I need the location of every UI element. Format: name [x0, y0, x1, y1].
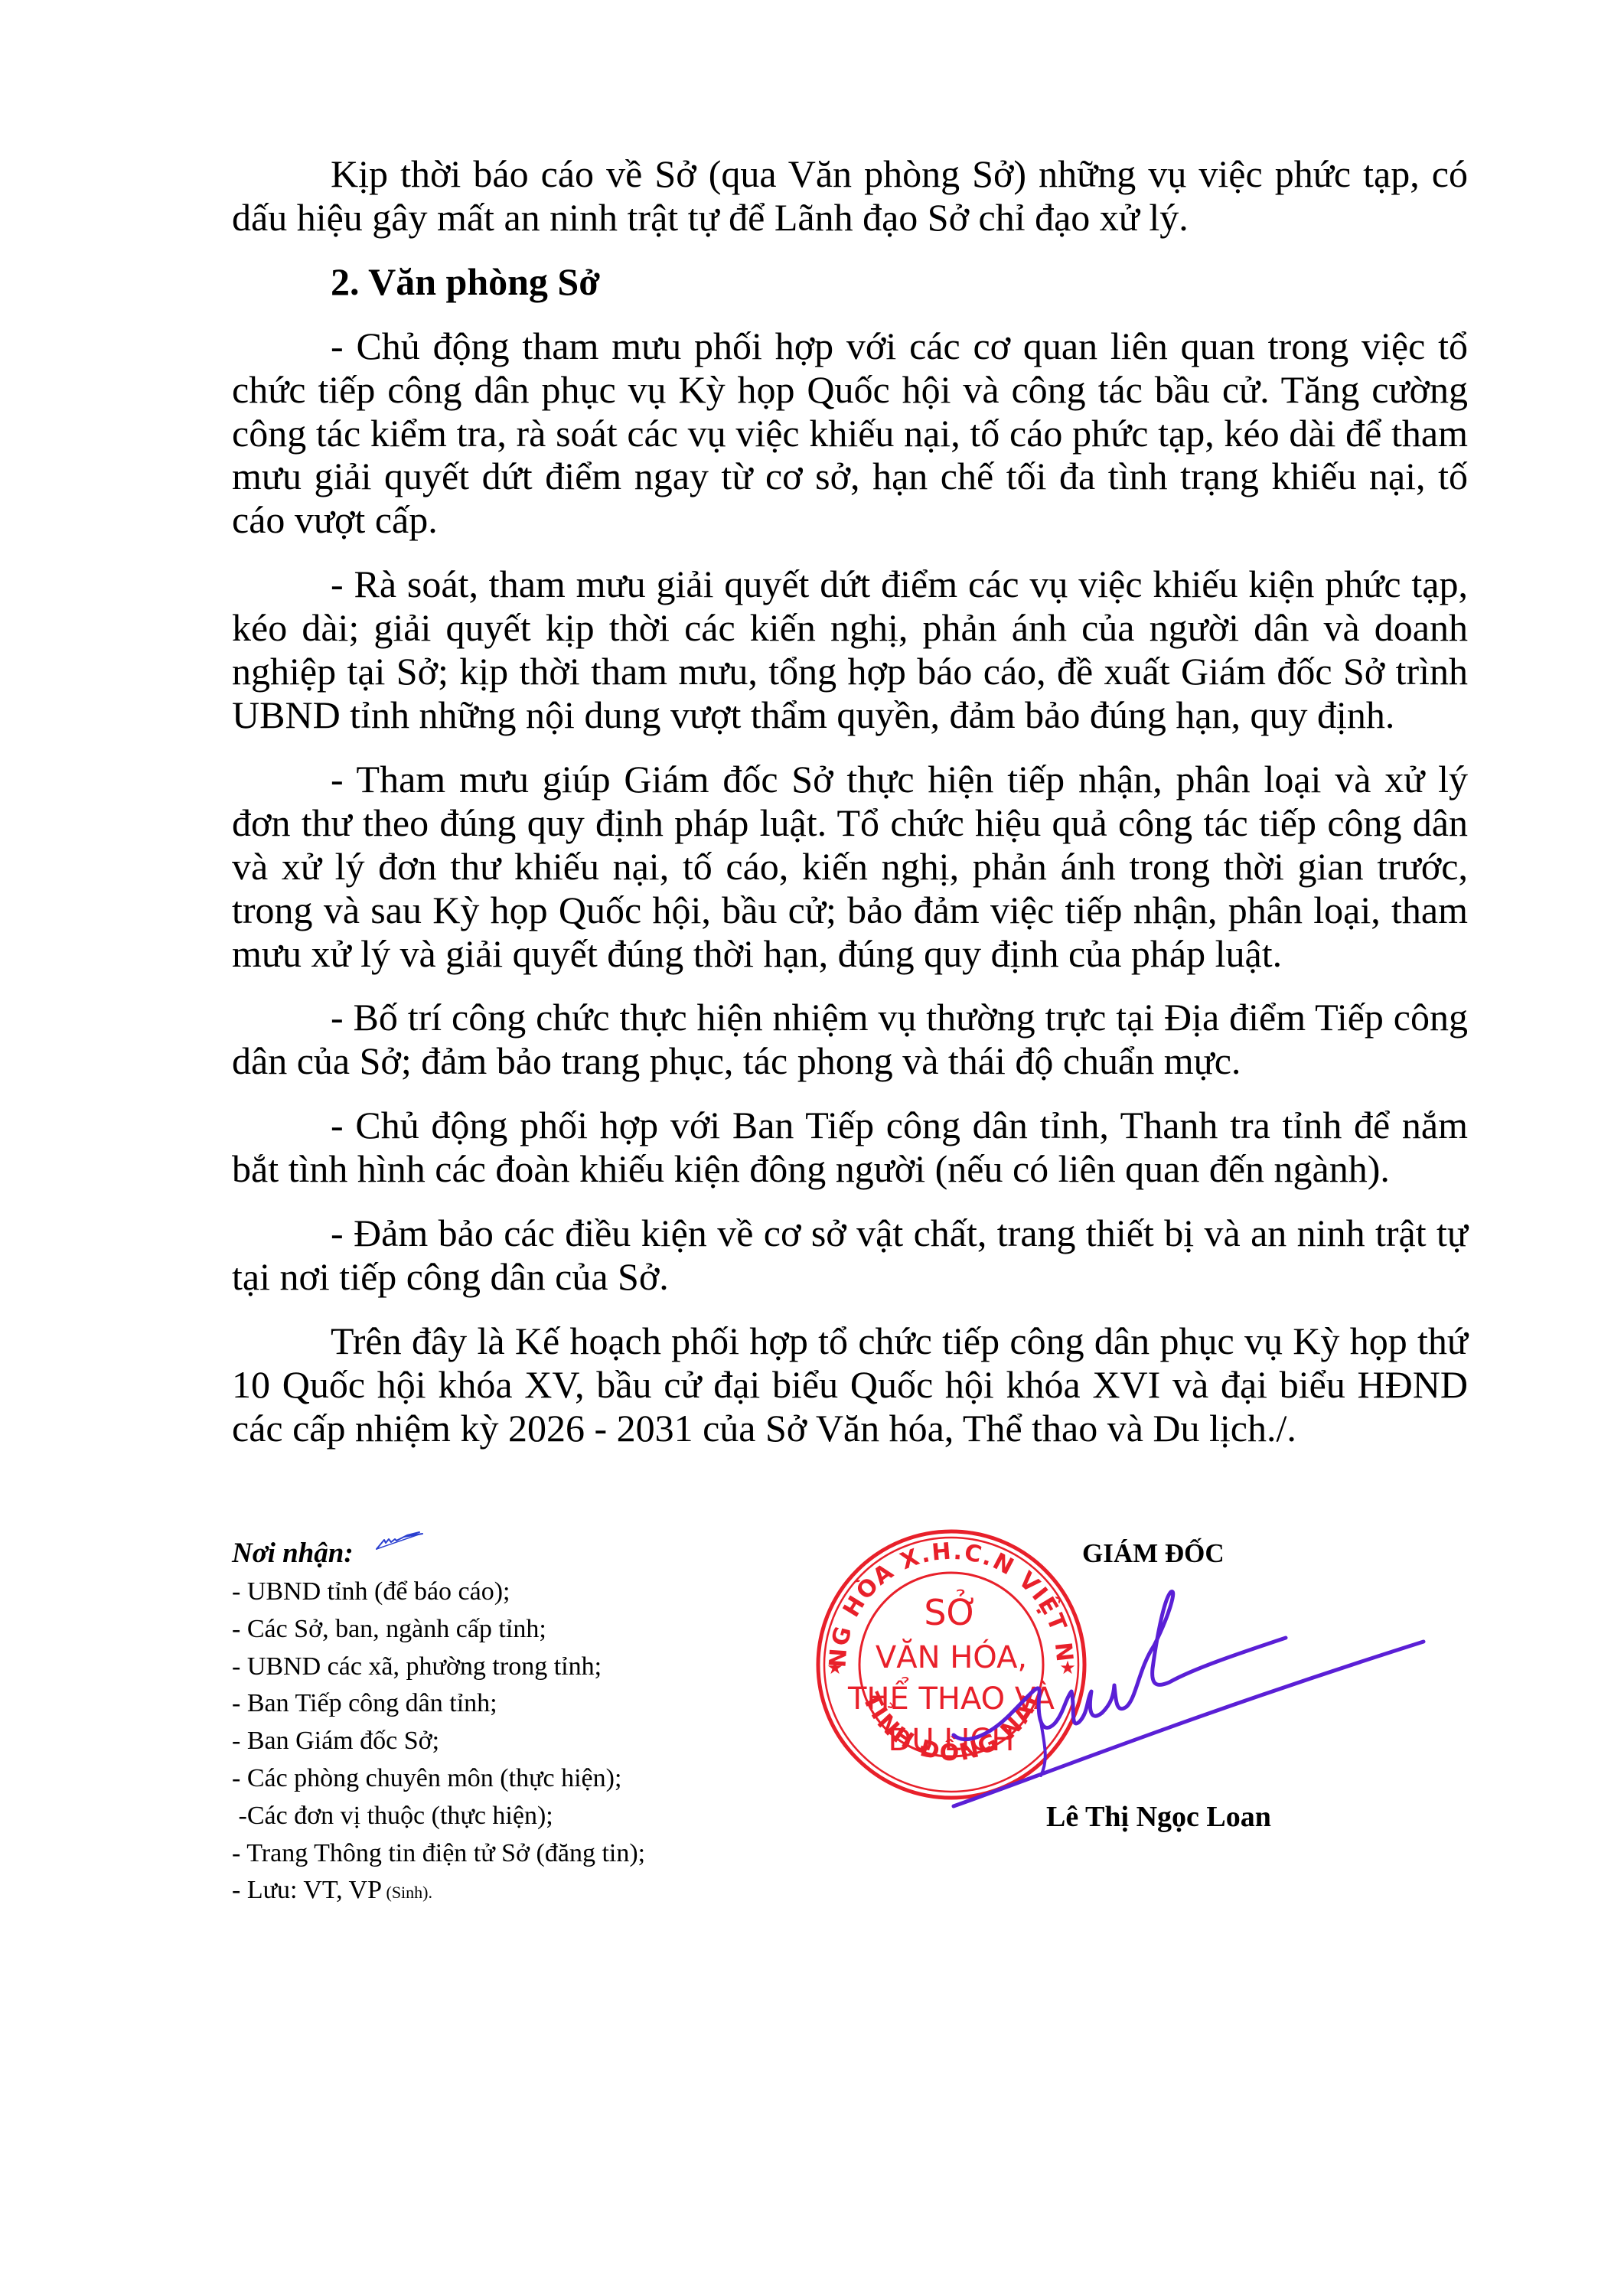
recipient-item: - UBND các xã, phường trong tỉnh;: [232, 1649, 814, 1686]
paragraph: - Đảm bảo các điều kiện về cơ sở vật chấ…: [232, 1212, 1468, 1299]
text-line: nghiệp tại Sở; kịp thời tham mưu, tổng h…: [232, 650, 1468, 693]
recipient-item: - Trang Thông tin điện tử Sở (đăng tin);: [232, 1835, 814, 1873]
stamp-center-line: VĂN HÓA,: [876, 1638, 1027, 1675]
section-heading: 2. Văn phòng Sở: [232, 260, 1468, 304]
paragraph: - Tham mưu giúp Giám đốc Sở thực hiện ti…: [232, 758, 1468, 976]
paragraph: Trên đây là Kế hoạch phối hợp tổ chức ti…: [232, 1319, 1468, 1450]
text-line: - Chủ động tham mưu phối hợp với các cơ …: [232, 325, 1468, 368]
text-line: các cấp nhiệm kỳ 2026 - 2031 của Sở Văn …: [232, 1407, 1468, 1450]
text-line: dấu hiệu gây mất an ninh trật tự để Lãnh…: [232, 196, 1468, 240]
text-line: mưu xử lý và giải quyết đúng thời hạn, đ…: [232, 932, 1468, 976]
paragraph: - Chủ động tham mưu phối hợp với các cơ …: [232, 325, 1468, 543]
recipient-item: - Các Sở, ban, ngành cấp tỉnh;: [232, 1611, 814, 1649]
text-line: cáo vượt cấp.: [232, 498, 1468, 542]
paragraph: - Rà soát, tham mưu giải quyết dứt điểm …: [232, 563, 1468, 737]
text-line: và xử lý đơn thư khiếu nại, tố cáo, kiến…: [232, 845, 1468, 889]
text-line: - Bố trí công chức thực hiện nhiệm vụ th…: [232, 996, 1468, 1039]
text-line: chức tiếp công dân phục vụ Kỳ họp Quốc h…: [232, 368, 1468, 412]
signer-title: GIÁM ĐỐC: [1082, 1538, 1225, 1569]
recipients-block: Nơi nhận: - UBND tỉnh (để báo cáo); - Cá…: [232, 1538, 814, 1912]
text-line: - Tham mưu giúp Giám đốc Sở thực hiện ti…: [232, 758, 1468, 801]
stamp-center-line: THỂ THAO VÀ: [847, 1676, 1055, 1717]
archive-handler: (Sinh).: [382, 1883, 432, 1902]
recipient-item: -Các đơn vị thuộc (thực hiện);: [232, 1798, 814, 1835]
paragraph: - Chủ động phối hợp với Ban Tiếp công dâ…: [232, 1104, 1468, 1191]
text-line: UBND tỉnh những nội dung vượt thẩm quyền…: [232, 693, 1468, 737]
signature-block: CỘNG HÒA X.H.C.N VIỆT NAM TỈNH ĐỒNG NAI …: [811, 1515, 1500, 1852]
text-line: 10 Quốc hội khóa XV, bầu cử đại biểu Quố…: [232, 1363, 1468, 1407]
text-line: tại nơi tiếp công dân của Sở.: [232, 1255, 1468, 1299]
text-line: kéo dài; giải quyết kịp thời các kiến ng…: [232, 606, 1468, 650]
recipient-item: - Ban Giám đốc Sở;: [232, 1723, 814, 1760]
text-line: bắt tình hình các đoàn khiếu kiện đông n…: [232, 1147, 1468, 1191]
signer-name: Lê Thị Ngọc Loan: [1046, 1800, 1271, 1834]
recipient-item: - UBND tỉnh (để báo cáo);: [232, 1574, 814, 1611]
recipients-list: - UBND tỉnh (để báo cáo); - Các Sở, ban,…: [232, 1574, 814, 1912]
paragraph: Kịp thời báo cáo về Sở (qua Văn phòng Sở…: [232, 152, 1468, 240]
text-line: - Chủ động phối hợp với Ban Tiếp công dâ…: [232, 1104, 1468, 1147]
stamp-center-line: DU LỊCH: [889, 1723, 1015, 1758]
recipients-title: Nơi nhận:: [232, 1538, 814, 1574]
recipient-item: - Ban Tiếp công dân tỉnh;: [232, 1685, 814, 1723]
svg-text:★: ★: [827, 1657, 843, 1678]
text-line: dân của Sở; đảm bảo trang phục, tác phon…: [232, 1039, 1468, 1083]
document-page: Kịp thời báo cáo về Sở (qua Văn phòng Sở…: [0, 0, 1624, 2296]
text-line: công tác kiểm tra, rà soát các vụ việc k…: [232, 412, 1468, 455]
paragraph: - Bố trí công chức thực hiện nhiệm vụ th…: [232, 996, 1468, 1083]
text-line: trong và sau Kỳ họp Quốc hội, bầu cử; bả…: [232, 889, 1468, 932]
text-line: - Rà soát, tham mưu giải quyết dứt điểm …: [232, 563, 1468, 606]
text-line: Kịp thời báo cáo về Sở (qua Văn phòng Sở…: [232, 152, 1468, 196]
recipient-item: - Các phòng chuyên môn (thực hiện);: [232, 1760, 814, 1798]
text-line: - Đảm bảo các điều kiện về cơ sở vật chấ…: [232, 1212, 1468, 1255]
official-stamp-icon: CỘNG HÒA X.H.C.N VIỆT NAM TỈNH ĐỒNG NAI …: [814, 1527, 1089, 1802]
document-body: Kịp thời báo cáo về Sở (qua Văn phòng Sở…: [232, 152, 1468, 1471]
recipient-item-archive: - Lưu: VT, VP (Sinh).: [232, 1872, 814, 1912]
text-line: 2. Văn phòng Sở: [232, 260, 1468, 304]
text-line: mưu giải quyết dứt điểm ngay từ cơ sở, h…: [232, 455, 1468, 498]
svg-text:★: ★: [1059, 1657, 1076, 1678]
text-line: đơn thư theo đúng quy định pháp luật. Tổ…: [232, 801, 1468, 845]
stamp-center-line: SỞ: [924, 1590, 978, 1633]
archive-label: - Lưu: VT, VP: [232, 1876, 382, 1904]
text-line: Trên đây là Kế hoạch phối hợp tổ chức ti…: [232, 1319, 1468, 1363]
